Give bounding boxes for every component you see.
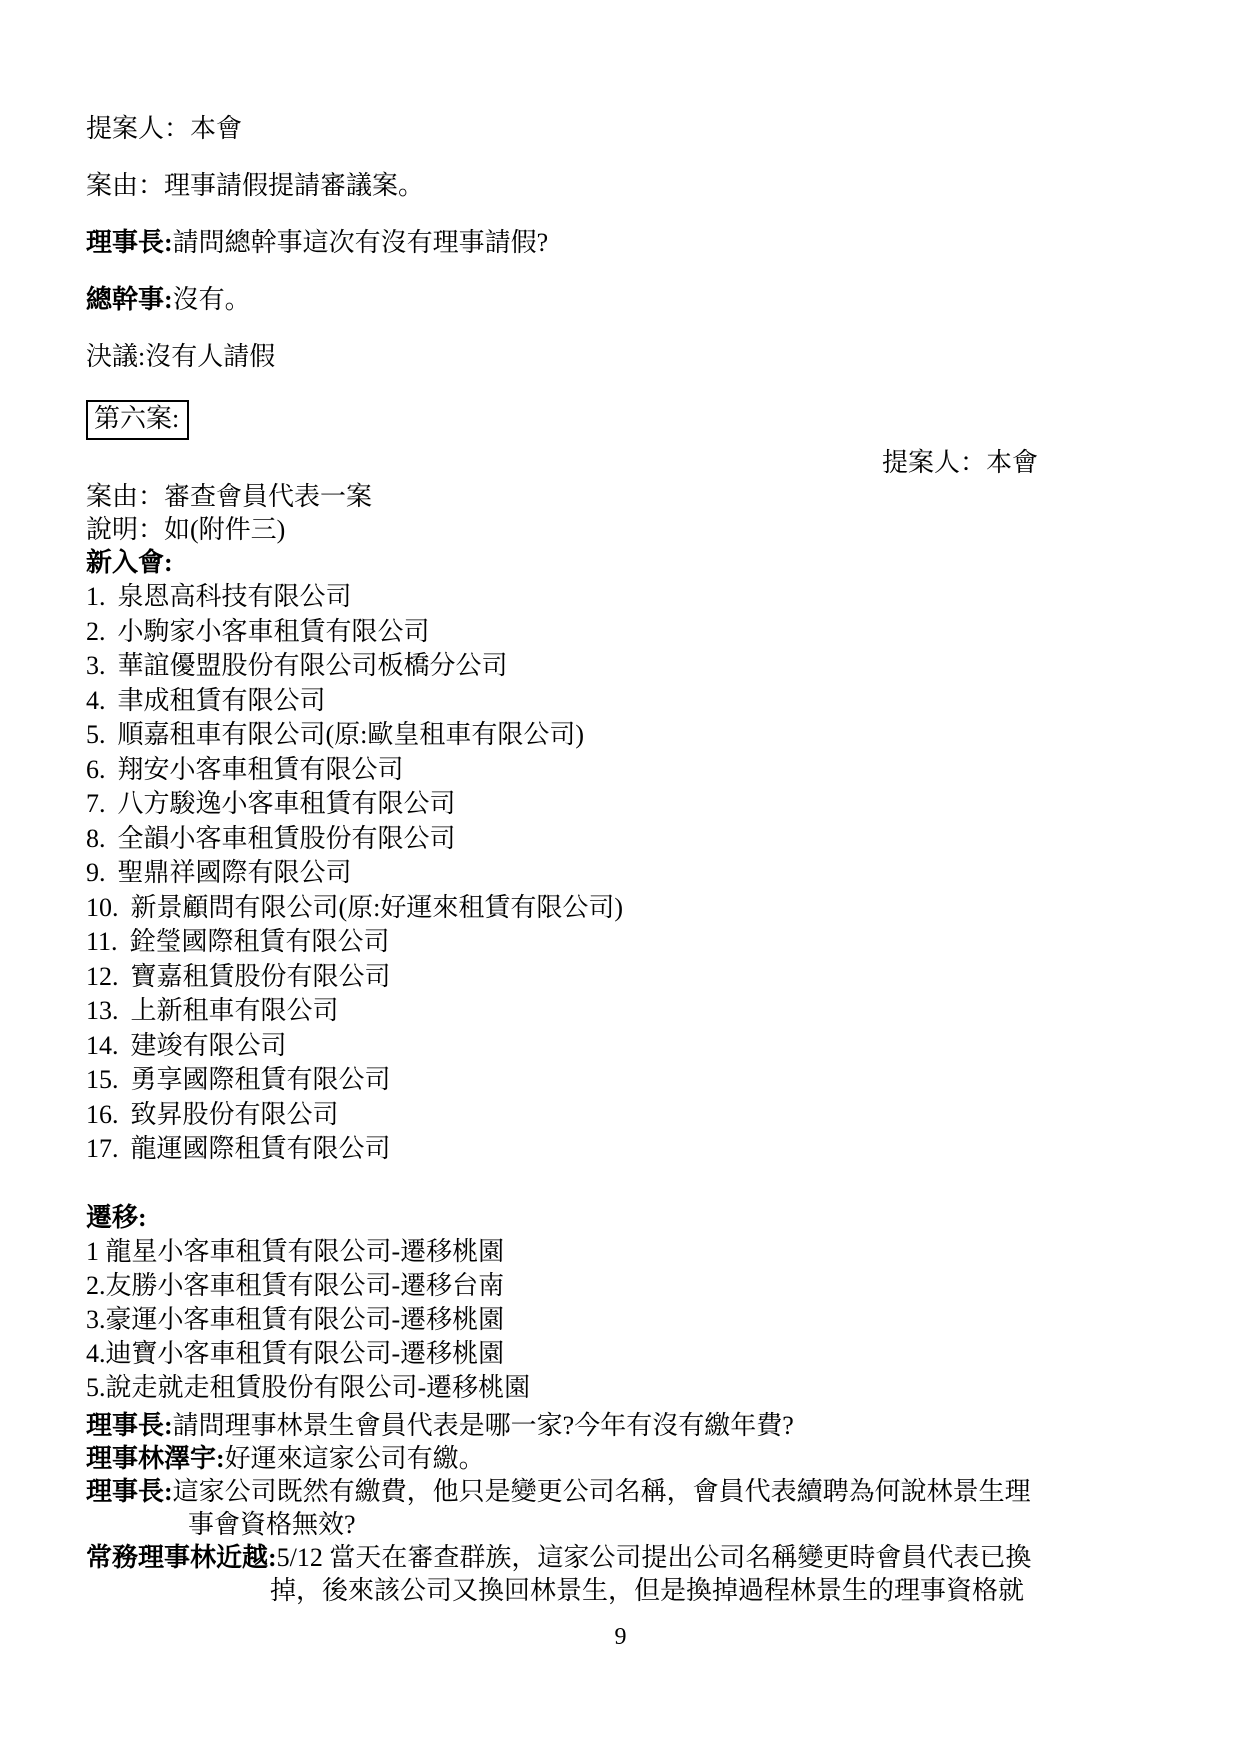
item-number: 13. [86, 994, 119, 1029]
company-name: 泉恩高科技有限公司 [118, 582, 352, 611]
company-name: 龍運國際租賃有限公司 [131, 1134, 391, 1163]
transfer-section: 遷移: 1 龍星小客車租賃有限公司-遷移桃園 2.友勝小客車租賃有限公司-遷移台… [86, 1201, 1163, 1405]
item-number: 3. [86, 649, 106, 684]
company-name: 小駒家小客車租賃有限公司 [118, 617, 430, 646]
member-item: 6.翔安小客車租賃有限公司 [86, 753, 1163, 788]
item-number: 9. [86, 856, 106, 891]
company-name: 華誼優盟股份有限公司板橋分公司 [118, 651, 508, 680]
transfer-heading: 遷移: [86, 1201, 1163, 1235]
company-name: 全韻小客車租賃股份有限公司 [118, 824, 456, 853]
dialog-paragraph: 理事長:請問理事林景生會員代表是哪一家?今年有沒有繳年費? [86, 1409, 1163, 1442]
member-item: 13.上新租車有限公司 [86, 994, 1163, 1029]
chair-question-text: 請問總幹事這次有沒有理事請假? [173, 228, 549, 257]
company-name: 八方駿逸小客車租賃有限公司 [118, 789, 456, 818]
item-number: 2. [86, 615, 106, 650]
company-name: 聖鼎祥國際有限公司 [118, 858, 352, 887]
dialog-text-continued: 事會資格無效? [86, 1508, 1163, 1541]
company-name: 新景顧問有限公司(原:好運來租賃有限公司) [131, 893, 624, 922]
member-item: 7.八方駿逸小客車租賃有限公司 [86, 787, 1163, 822]
chair-question-line: 理事長:請問總幹事這次有沒有理事請假? [86, 226, 1163, 260]
member-item: 14.建竣有限公司 [86, 1029, 1163, 1064]
speaker-label: 理事林澤宇: [86, 1444, 225, 1473]
company-name: 建竣有限公司 [131, 1031, 287, 1060]
member-item: 2.小駒家小客車租賃有限公司 [86, 615, 1163, 650]
dialog-paragraph: 理事林澤宇:好運來這家公司有繳。 [86, 1442, 1163, 1475]
item-number: 8. [86, 822, 106, 857]
transfer-item: 1 龍星小客車租賃有限公司-遷移桃園 [86, 1235, 1163, 1269]
item-number: 14. [86, 1029, 119, 1064]
member-item: 8.全韻小客車租賃股份有限公司 [86, 822, 1163, 857]
item-number: 11. [86, 925, 118, 960]
item-number: 10. [86, 891, 119, 926]
document-page: 提案人：本會 案由：理事請假提請審議案。 理事長:請問總幹事這次有沒有理事請假?… [0, 0, 1241, 1755]
item-number: 15. [86, 1063, 119, 1098]
member-item: 1.泉恩高科技有限公司 [86, 580, 1163, 615]
page-number: 9 [0, 1622, 1241, 1652]
speaker-label: 理事長: [86, 1411, 173, 1440]
member-item: 3.華誼優盟股份有限公司板橋分公司 [86, 649, 1163, 684]
resolution-line: 決議:沒有人請假 [86, 340, 1163, 374]
subject-line-case6: 案由：審查會員代表一案 [86, 480, 1163, 513]
member-item: 11.銓瑩國際租賃有限公司 [86, 925, 1163, 960]
dialog-paragraph: 常務理事林近越:5/12 當天在審查群族，這家公司提出公司名稱變更時會員代表已換… [86, 1541, 1163, 1607]
proposer-line-case6: 提案人：本會 [86, 446, 1038, 480]
member-item: 4.聿成租賃有限公司 [86, 684, 1163, 719]
speaker-label-secretary: 總幹事: [86, 285, 173, 314]
dialog-text: 好運來這家公司有繳。 [225, 1444, 485, 1473]
case-number-box: 第六案: [86, 400, 189, 440]
dialog-paragraph: 理事長:這家公司既然有繳費，他只是變更公司名稱，會員代表續聘為何說林景生理事會資… [86, 1475, 1163, 1541]
item-number: 4. [86, 684, 106, 719]
dialog-text: 5/12 當天在審查群族，這家公司提出公司名稱變更時會員代表已換 [277, 1543, 1032, 1572]
company-name: 勇享國際租賃有限公司 [131, 1065, 391, 1094]
member-item: 17.龍運國際租賃有限公司 [86, 1132, 1163, 1167]
subject-line: 案由：理事請假提請審議案。 [86, 169, 1163, 203]
member-item: 10.新景顧問有限公司(原:好運來租賃有限公司) [86, 891, 1163, 926]
item-number: 17. [86, 1132, 119, 1167]
item-number: 6. [86, 753, 106, 788]
dialog-text: 這家公司既然有繳費，他只是變更公司名稱，會員代表續聘為何說林景生理 [173, 1477, 1031, 1506]
member-item: 5.順嘉租車有限公司(原:歐皇租車有限公司) [86, 718, 1163, 753]
company-name: 翔安小客車租賃有限公司 [118, 755, 404, 784]
speaker-label-chair: 理事長: [86, 228, 173, 257]
item-number: 5. [86, 718, 106, 753]
description-line-case6: 說明：如(附件三) [86, 513, 1163, 546]
transfer-item: 2.友勝小客車租賃有限公司-遷移台南 [86, 1269, 1163, 1303]
item-number: 12. [86, 960, 119, 995]
transfer-item: 3.豪運小客車租賃有限公司-遷移桃園 [86, 1303, 1163, 1337]
member-item: 12.寶嘉租賃股份有限公司 [86, 960, 1163, 995]
member-item: 15.勇享國際租賃有限公司 [86, 1063, 1163, 1098]
item-number: 7. [86, 787, 106, 822]
company-name: 銓瑩國際租賃有限公司 [130, 927, 390, 956]
new-members-heading: 新入會: [86, 546, 1163, 580]
member-item: 9.聖鼎祥國際有限公司 [86, 856, 1163, 891]
item-number: 1. [86, 580, 106, 615]
secretary-answer-text: 沒有。 [173, 285, 251, 314]
transfer-item: 5.說走就走租賃股份有限公司-遷移桃園 [86, 1371, 1163, 1405]
company-name: 聿成租賃有限公司 [118, 686, 326, 715]
proposer-line: 提案人：本會 [86, 112, 1163, 146]
speaker-label: 常務理事林近越: [86, 1543, 277, 1572]
member-item: 16.致昇股份有限公司 [86, 1098, 1163, 1133]
transfer-item: 4.迪寶小客車租賃有限公司-遷移桃園 [86, 1337, 1163, 1371]
item-number: 16. [86, 1098, 119, 1133]
dialog-text-continued: 掉，後來該公司又換回林景生，但是換掉過程林景生的理事資格就 [86, 1574, 1163, 1607]
company-name: 順嘉租車有限公司(原:歐皇租車有限公司) [118, 720, 585, 749]
dialog-text: 請問理事林景生會員代表是哪一家?今年有沒有繳年費? [173, 1411, 794, 1440]
dialog-section: 理事長:請問理事林景生會員代表是哪一家?今年有沒有繳年費? 理事林澤宇:好運來這… [86, 1409, 1163, 1607]
company-name: 上新租車有限公司 [131, 996, 339, 1025]
company-name: 寶嘉租賃股份有限公司 [131, 962, 391, 991]
company-name: 致昇股份有限公司 [131, 1100, 339, 1129]
speaker-label: 理事長: [86, 1477, 173, 1506]
secretary-answer-line: 總幹事:沒有。 [86, 283, 1163, 317]
new-members-list: 1.泉恩高科技有限公司 2.小駒家小客車租賃有限公司 3.華誼優盟股份有限公司板… [86, 580, 1163, 1167]
case5-block: 提案人：本會 案由：理事請假提請審議案。 理事長:請問總幹事這次有沒有理事請假?… [86, 112, 1163, 374]
